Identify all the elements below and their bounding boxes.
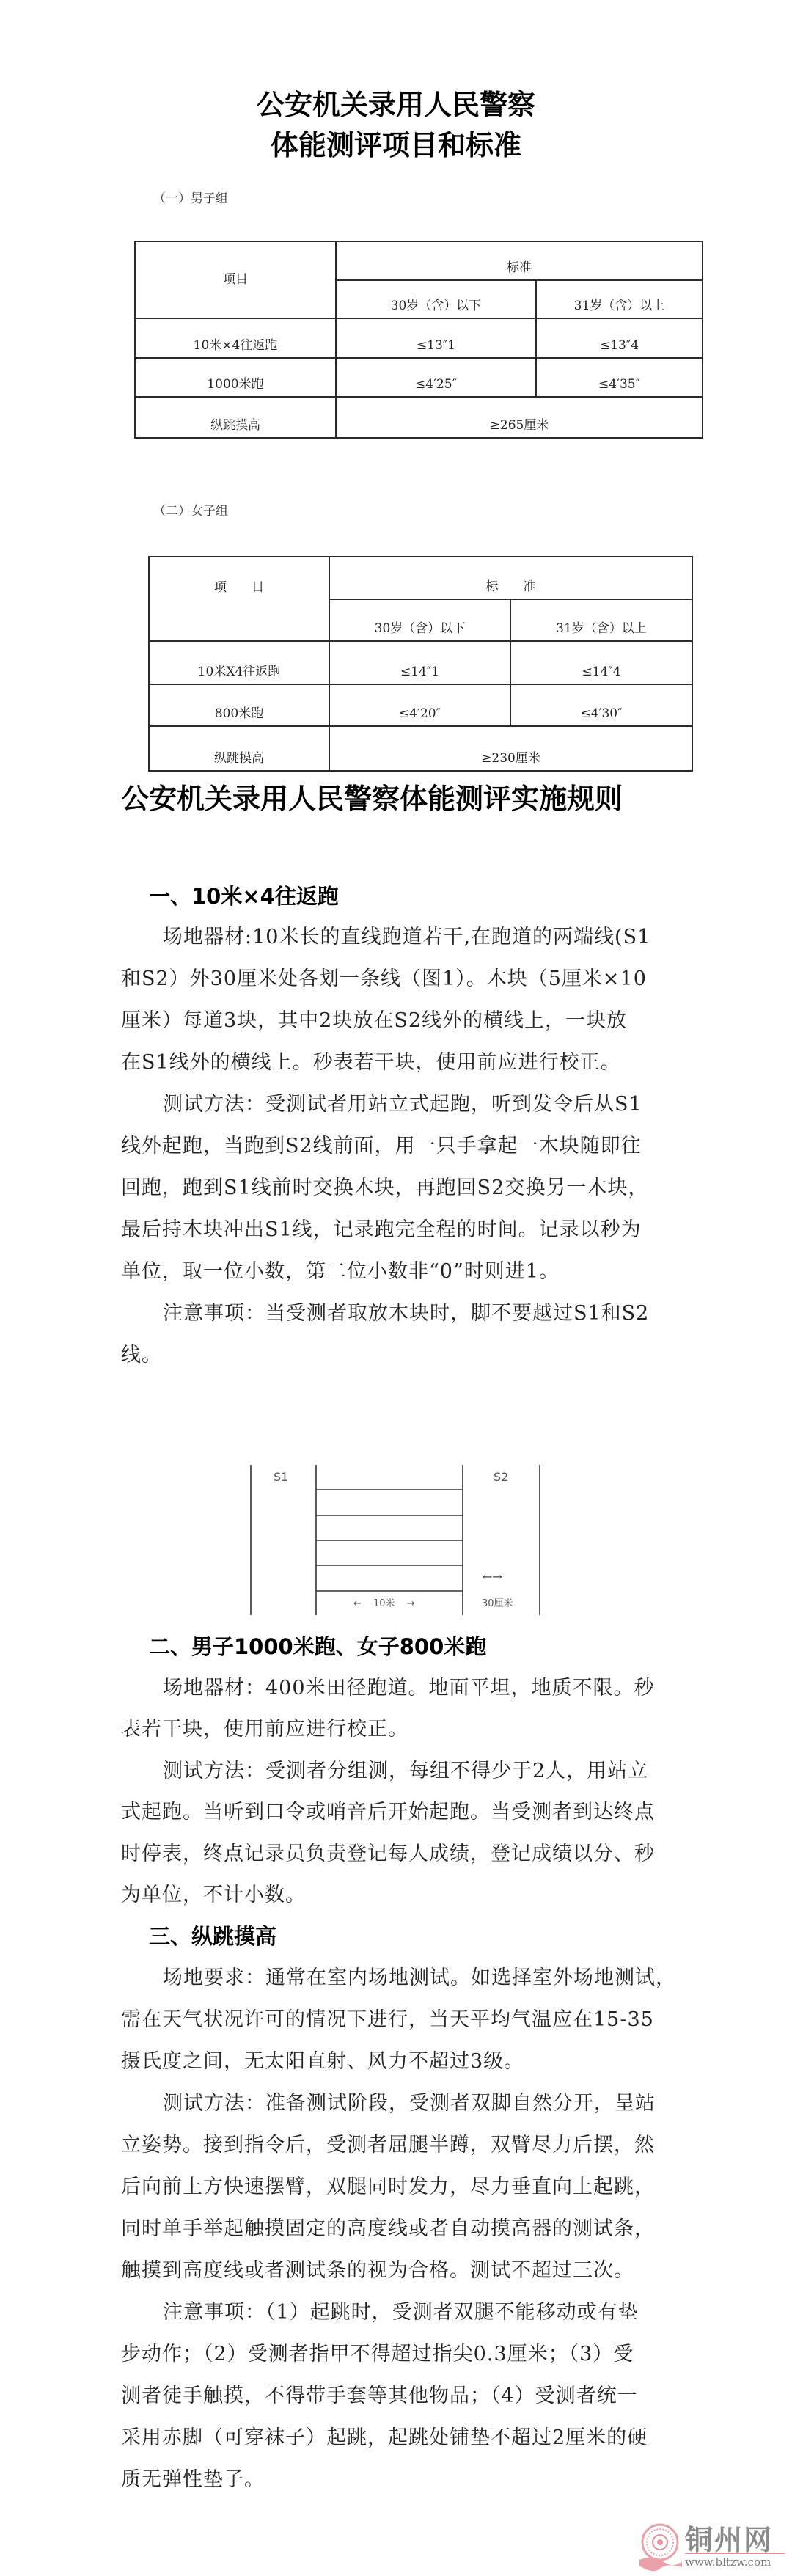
offset-label: 30厘米 [482,1595,513,1609]
section-1-line: 单位，取一位小数，第二位小数非“0”时则进1。 [121,1257,560,1287]
table-row: 10米X4往返跑 ≤14″1 ≤14″4 [149,641,692,684]
header-age-under-30: 30岁（含）以下 [329,599,510,641]
header-item: 项目 [135,241,336,318]
row-item: 10米×4往返跑 [135,318,336,358]
document-title-line-1: 公安机关录用人民警察 [0,89,792,121]
section-1-line: 线。 [121,1341,162,1370]
header-standard: 标准 [336,241,703,280]
watermark-divider [685,2553,785,2554]
document-title-line-2: 体能测评项目和标准 [0,129,792,161]
section-2-line: 时停表，终点记录员负责登记每人成绩，登记成绩以分、秒 [121,1840,655,1869]
section-2-line: 测试方法：受测者分组测，每组不得少于2人，用站立 [163,1757,648,1786]
section-3-line: 采用赤脚（可穿袜子）起跳，起跳处铺垫不超过2厘米的硬 [121,2423,648,2453]
section-1-line: 最后持木块冲出S1线，记录跑完全程的时间。记录以秒为 [121,1215,642,1245]
section-2-heading: 二、男子1000米跑、女子800米跑 [149,1632,486,1661]
row-value-over: ≤13″4 [536,318,703,358]
table-row: 纵跳摸高 ≥230厘米 [149,726,692,771]
section-1-line: 注意事项：当受测者取放木块时，脚不要越过S1和S2 [163,1299,649,1328]
watermark-url: www.bltzw.com [685,2555,771,2569]
section-3-line: 摄氏度之间，无太阳直射、风力不超过3级。 [121,2047,524,2076]
header-age-under-30: 30岁（含）以下 [336,280,536,318]
s2-label: S2 [494,1470,508,1484]
section-2-line: 为单位，不计小数。 [121,1881,306,1910]
header-age-over-31: 31岁（含）以上 [510,599,692,641]
header-standard: 标 准 [329,557,692,599]
section-1-line: 线外起跑，当跑到S2线前面，用一只手拿起一木块随即往 [121,1132,642,1161]
header-item: 项 目 [149,557,329,641]
shuttle-run-diagram: S1 S2 ← 10米 → ←→ 30厘米 [242,1460,550,1617]
row-item: 800米跑 [149,684,329,726]
section-2-line: 式起跑。当听到口令或哨音后开始起跑。当受测者到达终点 [121,1798,655,1827]
row-value-over: ≤14″4 [510,641,692,684]
section-3-line: 场地要求：通常在室内场地测试。如选择室外场地测试， [163,1964,676,1993]
watermark-logo-icon [638,2522,682,2573]
row-item: 1000米跑 [135,358,336,397]
row-item: 10米X4往返跑 [149,641,329,684]
watermark-name: 铜州网 [685,2517,773,2558]
section-1-line: 在S1线外的横线上。秒表若干块，使用前应进行校正。 [121,1048,621,1077]
section-3-line: 后向前上方快速摆臂，双腿同时发力，尽力垂直向上起跳， [121,2173,655,2202]
header-age-over-31: 31岁（含）以上 [536,280,703,318]
site-watermark: 铜州网 www.bltzw.com [638,2516,788,2575]
table-row: 800米跑 ≤4′20″ ≤4′30″ [149,684,692,726]
section-1-line: 场地器材:10米长的直线跑道若干,在跑道的两端线(S1 [163,923,650,952]
row-value-over: ≤4′35″ [536,358,703,397]
section-3-line: 触摸到高度线或者测试条的视为合格。测试不超过三次。 [121,2256,634,2286]
section-1-line: 回跑，跑到S1线前时交换木块，再跑回S2交换另一木块， [121,1174,648,1203]
row-value-under: ≤14″1 [329,641,510,684]
offset-arrow-icon: ←→ [483,1570,502,1584]
male-group-label: （一）男子组 [153,188,228,206]
section-3-line: 需在天气状况许可的情况下进行，当天平均气温应在15-35 [121,2005,654,2035]
male-standards-table: 项目 标准 30岁（含）以下 31岁（含）以上 10米×4往返跑 ≤13″1 ≤… [134,241,703,439]
section-3-line: 质无弹性垫子。 [121,2465,265,2495]
section-3-line: 注意事项：（1）起跳时，受测者双腿不能移动或有垫 [163,2298,639,2327]
section-1-line: 测试方法：受测试者用站立式起跑，听到发令后从S1 [163,1090,642,1119]
row-value-merged: ≥230厘米 [329,726,692,771]
female-standards-table: 项 目 标 准 30岁（含）以下 31岁（含）以上 10米X4往返跑 ≤14″1… [148,556,693,772]
section-1-line: 厘米）每道3块，其中2块放在S2线外的横线上，一块放 [121,1006,627,1036]
section-1-heading: 一、10米×4往返跑 [149,882,339,911]
rules-heading: 公安机关录用人民警察体能测评实施规则 [121,782,623,816]
row-value-under: ≤13″1 [336,318,536,358]
section-2-line: 场地器材：400米田径跑道。地面平坦，地质不限。秒 [163,1674,655,1703]
section-3-line: 测者徒手触摸，不得带手套等其他物品；（4）受测者统一 [121,2382,638,2411]
row-value-under: ≤4′20″ [329,684,510,726]
row-value-merged: ≥265厘米 [336,397,703,438]
table-row: 纵跳摸高 ≥265厘米 [135,397,703,438]
distance-label: ← 10米 → [353,1595,415,1609]
section-3-heading: 三、纵跳摸高 [149,1922,276,1951]
table-row: 1000米跑 ≤4′25″ ≤4′35″ [135,358,703,397]
section-1-line: 和S2）外30厘米处各划一条线（图1）。木块（5厘米×10 [121,965,647,994]
row-value-under: ≤4′25″ [336,358,536,397]
s1-label: S1 [274,1470,288,1484]
row-value-over: ≤4′30″ [510,684,692,726]
female-group-label: （二）女子组 [153,500,228,519]
table-row: 10米×4往返跑 ≤13″1 ≤13″4 [135,318,703,358]
section-2-line: 表若干块，使用前应进行校正。 [121,1715,408,1744]
section-3-line: 立姿势。接到指令后，受测者屈腿半蹲，双臂尽力后摆，然 [121,2131,655,2160]
row-item: 纵跳摸高 [149,726,329,771]
section-3-line: 步动作；（2）受测者指甲不得超过指尖0.3厘米；（3）受 [121,2340,634,2369]
section-3-line: 同时单手举起触摸固定的高度线或者自动摸高器的测试条， [121,2214,655,2244]
row-item: 纵跳摸高 [135,397,336,438]
section-3-line: 测试方法：准备测试阶段，受测者双脚自然分开，呈站 [163,2089,656,2118]
